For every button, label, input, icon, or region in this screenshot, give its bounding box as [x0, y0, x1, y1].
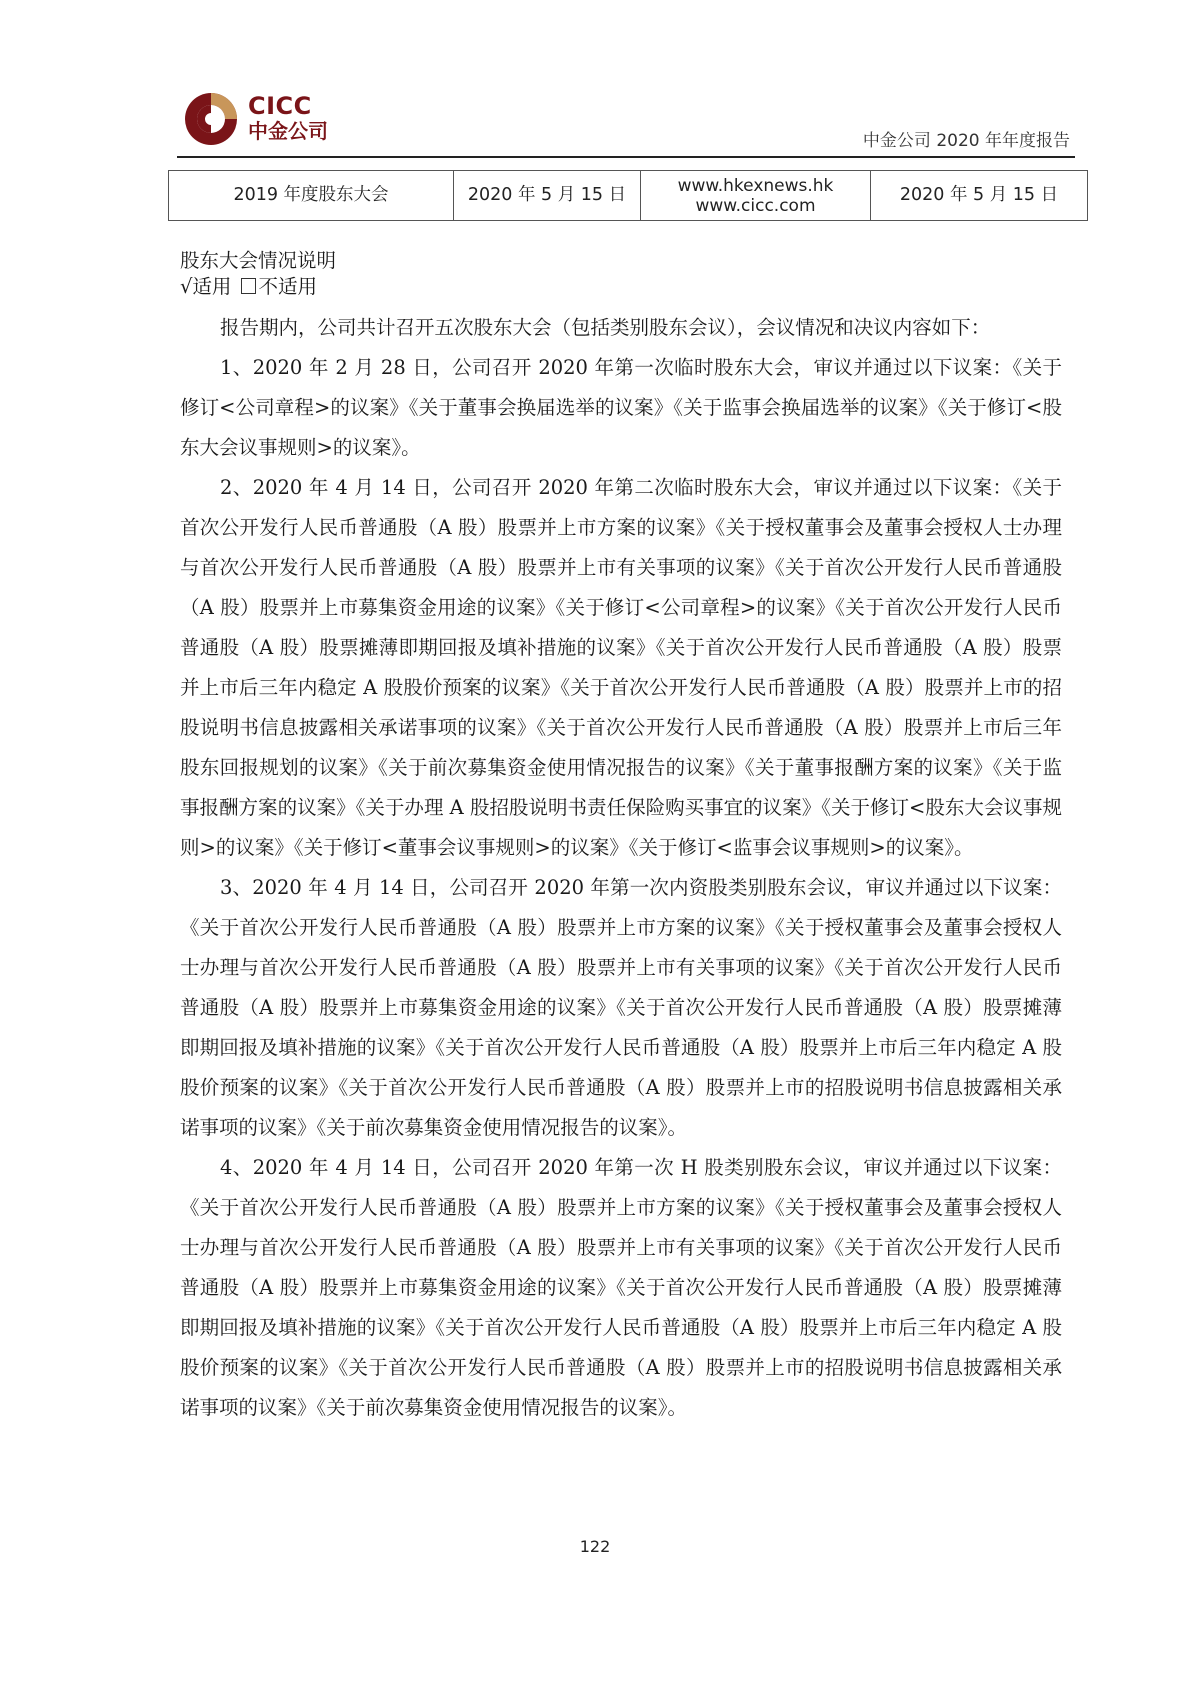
meeting-name-cell: 2019 年度股东大会	[169, 171, 454, 221]
paragraph-meeting-4: 4、2020 年 4 月 14 日，公司召开 2020 年第一次 H 股类别股东…	[180, 1148, 1062, 1428]
not-applicable-label: 不适用	[258, 275, 317, 298]
website-link[interactable]: www.hkexnews.hk	[647, 176, 864, 196]
logo-text-cn: 中金公司	[248, 119, 328, 143]
meeting-date-cell: 2020 年 5 月 15 日	[454, 171, 641, 221]
company-logo: CICC 中金公司	[184, 92, 344, 148]
paragraph-meeting-2: 2、2020 年 4 月 14 日，公司召开 2020 年第二次临时股东大会，审…	[180, 468, 1062, 868]
cicc-logo-icon	[184, 92, 238, 146]
logo-text-en: CICC	[248, 94, 312, 118]
website-cell: www.hkexnews.hk www.cicc.com	[641, 171, 871, 221]
table-row: 2019 年度股东大会 2020 年 5 月 15 日 www.hkexnews…	[169, 171, 1088, 221]
disclosure-date-cell: 2020 年 5 月 15 日	[871, 171, 1088, 221]
applicability-options: √适用不适用	[180, 274, 1062, 300]
section-title: 股东大会情况说明	[180, 248, 1062, 274]
checkbox-icon	[241, 278, 256, 294]
website-link[interactable]: www.cicc.com	[647, 196, 864, 216]
paragraph-intro: 报告期内，公司共计召开五次股东大会（包括类别股东会议），会议情况和决议内容如下：	[180, 308, 1062, 348]
meeting-table: 2019 年度股东大会 2020 年 5 月 15 日 www.hkexnews…	[168, 170, 1088, 221]
paragraph-meeting-1: 1、2020 年 2 月 28 日，公司召开 2020 年第一次临时股东大会，审…	[180, 348, 1062, 468]
applicable-checked: √适用	[180, 275, 231, 298]
document-body: 股东大会情况说明 √适用不适用 报告期内，公司共计召开五次股东大会（包括类别股东…	[180, 248, 1062, 1428]
paragraph-meeting-3: 3、2020 年 4 月 14 日，公司召开 2020 年第一次内资股类别股东会…	[180, 868, 1062, 1148]
header-divider	[177, 156, 1075, 158]
report-title: 中金公司 2020 年年度报告	[863, 130, 1070, 152]
page-number: 122	[0, 1537, 1190, 1556]
